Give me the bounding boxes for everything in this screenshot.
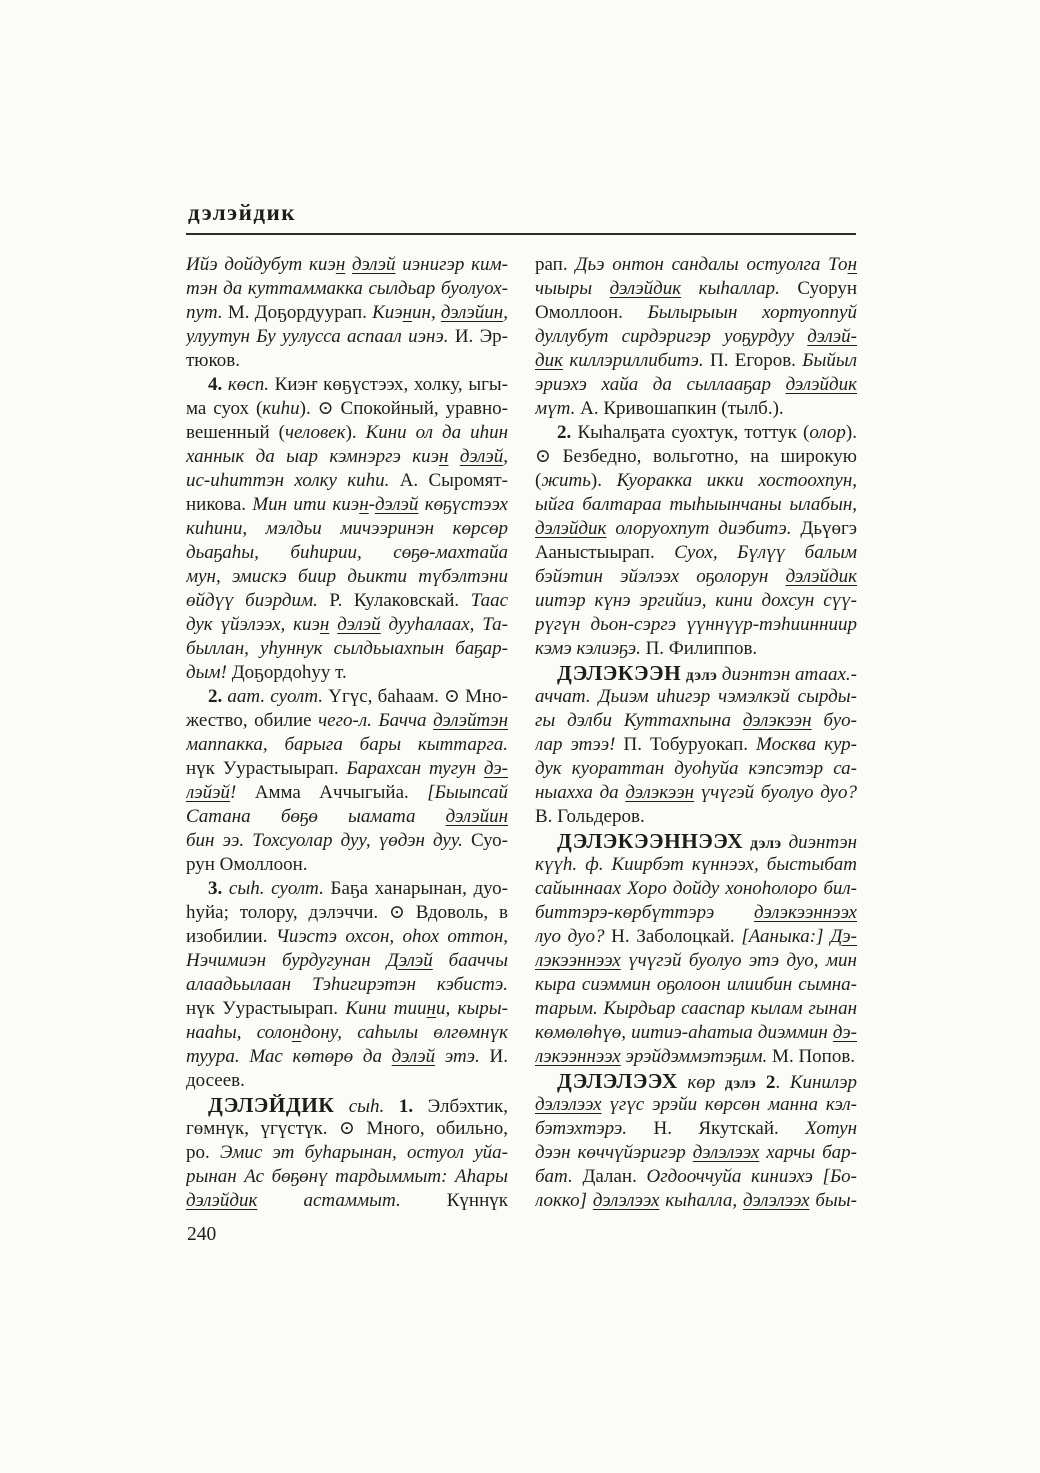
text-segment: ДЭЛЭКЭЭННЭЭХ	[557, 829, 743, 853]
text-segment: дэлэйин	[441, 302, 503, 323]
text-segment: дэлэкээннээх	[754, 902, 857, 923]
text-line: алаадьылаан Тэһигирэтэн кэбистэ. Күн-	[186, 973, 508, 997]
text-line: һуйа; толору, дэлэччи. ⊙ Вдоволь, в	[186, 901, 508, 925]
text-segment: дэлэй-	[807, 326, 857, 347]
text-segment: эрэйдэммэтэҕим.	[621, 1046, 768, 1067]
text-segment: ⊙ Безбедно, вольготно, на широкую ногу	[535, 446, 857, 469]
text-segment: чего-л.	[318, 710, 372, 731]
text-segment: Ийэ дойдубут киэ	[186, 254, 336, 275]
text-line: никова. Мин ити киэн-дэлэй көҕүстээх	[186, 493, 508, 517]
text-segment: бин ээ. Тохсуолар дуу, үөдэн дуу.	[186, 830, 463, 851]
text-segment: нүк Уурастыырап.	[186, 758, 347, 779]
page-number: 240	[187, 1224, 216, 1246]
text-segment: Дэ-	[830, 926, 857, 947]
text-segment	[756, 1072, 766, 1093]
text-segment: дэлэйдик	[186, 1190, 257, 1211]
text-segment: Дьэ онтон сандалы остуолга То	[575, 254, 847, 275]
text-segment: мүт.	[535, 398, 575, 419]
text-segment: Киэ	[372, 302, 403, 323]
text-segment: Ааныстыырап.	[535, 542, 674, 563]
running-head: дэлэйдик	[188, 200, 296, 226]
text-segment: Н. Заболоцкай.	[604, 926, 741, 947]
text-line: 3. сыһ. суолт. Баҕа ханарынан, дуо-	[186, 877, 508, 901]
left-column: Ийэ дойдубут киэн дэлэй иэнигэр ким-тэн …	[186, 253, 508, 1213]
text-line: күүһ. ф. Киирбэт күннээх, быстыбат	[535, 853, 857, 877]
text-segment: дэлэйдик	[786, 374, 857, 395]
text-segment: көсп.	[228, 374, 269, 395]
text-line: жество, обилие чего-л. Бачча дэлэйтэн	[186, 709, 508, 733]
text-segment: рүгүн дьон-сэргэ үүннүүр-тэһиинниир	[535, 614, 857, 635]
text-line: Сатана бөҕө ыамата дэлэйин бэккиһии-	[186, 805, 508, 829]
text-segment: гөмнүк, үгүстүк. ⊙ Много, обильно, щед-	[186, 1118, 508, 1141]
text-line: нааһы, солондону, саһылы өлгөмнүк бул-	[186, 1021, 508, 1045]
text-segment: иитэр күнэ эргийиэ, кини дохсун сүү-	[535, 590, 857, 611]
text-line: ис-иһиттэн холку киһи. А. Сыромят-	[186, 469, 508, 493]
text-segment: ,	[503, 446, 508, 467]
text-segment: көр	[687, 1072, 715, 1093]
text-segment: ).	[346, 422, 366, 443]
text-segment: быы-	[810, 1190, 858, 1211]
text-line: Нэчимиэн бурдугунан Дэлэй бааччы	[186, 949, 508, 973]
text-segment: .	[775, 1072, 789, 1093]
text-segment: рап.	[535, 254, 575, 275]
text-segment: тэн да куттаммакка сылдьар буолуох-	[186, 278, 508, 299]
text-segment: аат. суолт.	[227, 686, 323, 707]
text-segment: П. Филиппов.	[641, 638, 757, 659]
text-line: ханнык да ыар кэмнэргэ киэн дэлэй,	[186, 445, 508, 469]
text-line: ДЭЛЭКЭЭН дэлэ диэнтэн атаах.-	[535, 661, 857, 685]
text-segment: дэлэйдик	[786, 566, 857, 587]
text-segment: ).	[846, 422, 857, 443]
text-segment: 2.	[208, 686, 222, 707]
text-segment: киһи	[262, 398, 299, 419]
text-segment: и, кыры-	[436, 998, 508, 1019]
text-segment: Бачча	[378, 710, 433, 731]
text-segment: лэкээннээх	[535, 950, 621, 971]
text-segment: быллан, уһуннук сылдьыахпын баҕар-	[186, 638, 508, 659]
text-segment: локко]	[535, 1190, 593, 1211]
text-segment: дэлэлээх	[593, 1190, 660, 1211]
text-segment: [Ааныка:]	[741, 926, 830, 947]
text-segment: дук үйэлээх, киэ	[186, 614, 320, 635]
text-segment	[448, 446, 459, 467]
text-segment: Куоракка икки хостоохпун,	[617, 470, 857, 491]
text-segment: тарым. Кырдьар сааспар кылам гынан	[535, 998, 857, 1019]
text-segment: кыра сиэммин оҕолоон илиибин сымна-	[535, 974, 857, 995]
text-segment: И. Эр-	[449, 326, 509, 347]
text-segment: Быйыл	[802, 350, 857, 371]
text-segment: дэлэ	[725, 1075, 756, 1092]
text-segment: диэнтэн	[789, 832, 857, 853]
text-segment: көҕүстээх	[418, 494, 508, 515]
text-line: сайыннаах Хоро дойду хоноһолоро бил-	[535, 877, 857, 901]
text-segment: алаадьылаан Тэһигирэтэн кэбистэ.	[186, 974, 508, 995]
text-segment: дэлэйдик	[535, 518, 606, 539]
text-segment: Кыһалҕата суохтук, тоттук (	[571, 422, 809, 443]
text-line: локко] дэлэлээх кыһалла, дэлэлээх быы-	[535, 1189, 857, 1213]
text-segment: нааһы, соло	[186, 1022, 292, 1043]
text-segment: н	[427, 998, 436, 1019]
text-line: дэлэлээх үгүс эрэйи көрсөн манна кэл-	[535, 1093, 857, 1117]
text-segment: гы дэлби Куттахпына	[535, 710, 743, 731]
text-segment: П. Тобуруокап.	[616, 734, 757, 755]
text-segment: 3.	[208, 878, 222, 899]
text-line: Омоллоон. Былырыын хортуоппуй олор-	[535, 301, 857, 325]
text-line: бат. Далан. Огдооччуйа киниэхэ [Бо-	[535, 1165, 857, 1189]
text-line: лэкээннээх үчүгэй буолуо этэ дуо, мин	[535, 949, 857, 973]
text-segment: ыйга балтараа тыһыынчаны ылабын,	[535, 494, 857, 515]
text-line: бин ээ. Тохсуолар дуу, үөдэн дуу. Суо-	[186, 829, 508, 853]
text-segment: туура. Мас көтөрө да	[186, 1046, 392, 1067]
text-segment: ДЭЛЭЙДИК	[208, 1093, 334, 1117]
text-segment: дук куораттан дуоһуйа кэпсэтэр са-	[535, 758, 857, 779]
text-line: луо дуо? Н. Заболоцкай. [Ааныка:] Дэ-	[535, 925, 857, 949]
text-line: нүк Уурастыырап. Кини тиини, кыры-	[186, 997, 508, 1021]
text-segment: дэлэ	[750, 835, 781, 852]
text-segment: пут.	[186, 302, 223, 323]
text-segment: һуйа; толору, дэлэччи. ⊙ Вдоволь, в	[186, 902, 508, 923]
text-line: дэлэйдик олоруохпут диэбитэ. Дьүөгэ	[535, 517, 857, 541]
text-line: ма суох (киһи). ⊙ Спокойный, уравно-	[186, 397, 508, 421]
text-segment: дэлэкээн	[625, 782, 694, 803]
text-segment: н	[359, 494, 368, 515]
text-segment: человек	[285, 422, 346, 443]
text-segment: А. Кривошапкин (тылб.).	[575, 398, 783, 419]
text-segment: н	[320, 614, 329, 635]
text-line: ДЭЛЭКЭЭННЭЭХ дэлэ диэнтэн	[535, 829, 857, 853]
text-segment	[781, 832, 788, 853]
text-segment: 4.	[208, 374, 222, 395]
text-segment: Дьүөгэ	[791, 518, 857, 539]
text-line: ДЭЛЭЛЭЭХ көр дэлэ 2. Кинилэр	[535, 1069, 857, 1093]
text-segment: дууһалаах, Та-	[381, 614, 508, 635]
text-line: Ааныстыырап. Суох, Бүлүү балым баайа	[535, 541, 857, 565]
text-line: улуутун Бу уулусса аспаал иэнэ. И. Эр-	[186, 325, 508, 349]
text-line: бэтэхтэрэ. Н. Якутскай. Хотун күүлэй-	[535, 1117, 857, 1141]
text-segment: көмөлөһүө, иитиэ-аһатыа диэммин	[535, 1022, 833, 1043]
text-segment: вешенный (	[186, 422, 285, 443]
text-segment: лар этээ!	[535, 734, 616, 755]
text-line: пут. М. Доҕордуурап. Киэнин, дэлэйин,	[186, 301, 508, 325]
text-line: рун Омоллоон.	[186, 853, 508, 877]
text-segment: дэлэлээх	[743, 1190, 810, 1211]
text-segment	[334, 1096, 349, 1117]
text-line: 4. көсп. Киэҥ көҕүстээх, холку, ыгы-	[186, 373, 508, 397]
text-segment: Далан.	[573, 1166, 647, 1187]
text-segment: мун, эмискэ биир дьикти түбэлтэни	[186, 566, 508, 587]
text-segment: Дэлэй	[387, 950, 433, 971]
text-line: маппакка, барыга бары кыттарга. Күн-	[186, 733, 508, 757]
text-segment: н	[336, 254, 345, 275]
text-segment	[384, 1096, 399, 1117]
text-segment: харчы бар-	[759, 1142, 857, 1163]
text-segment: киһини, мэлдьи мичээринэн көрсөр кыр-	[186, 518, 508, 541]
text-line: дик киллэриллибитэ. П. Егоров. Быйыл	[535, 349, 857, 373]
text-segment: ин,	[412, 302, 441, 323]
text-line: лэйэй! Амма Аччыгыйа. [Быыпсай ойоҕо:]	[186, 781, 508, 805]
text-line: аччат. Дьиэм иһигэр чэмэлкэй сырды-	[535, 685, 857, 709]
text-segment: дэлэй	[375, 494, 418, 515]
text-segment: н	[403, 302, 412, 323]
text-line: изобилии. Чиэстэ охсон, оһох оттон,	[186, 925, 508, 949]
text-line: дуллубут сирдэригэр уоҕурдуу дэлэй-	[535, 325, 857, 349]
text-segment: 2	[766, 1072, 776, 1093]
text-segment: луо дуо?	[535, 926, 604, 947]
text-line: ыйга балтараа тыһыынчаны ылабын,	[535, 493, 857, 517]
text-segment	[222, 878, 229, 899]
text-segment: бэйэтин эйэлээх оҕолорун	[535, 566, 786, 587]
text-segment: кыһалла,	[659, 1190, 743, 1211]
text-segment: бэтэхтэрэ.	[535, 1118, 627, 1139]
text-segment: Киэҥ көҕүстээх, холку, ыгы-	[269, 374, 508, 395]
text-line: дым! Доҕордоһуу т.	[186, 661, 508, 685]
text-segment: үгүс эрэйи көрсөн манна кэл-	[602, 1094, 857, 1115]
text-line: дээн көччүйэригэр дэлэлээх харчы бар-	[535, 1141, 857, 1165]
text-segment: маппакка, барыга бары кыттарга.	[186, 734, 508, 755]
text-segment: дэлэй	[460, 446, 503, 467]
text-line: ⊙ Безбедно, вольготно, на широкую ногу	[535, 445, 857, 469]
text-segment: рун Омоллоон.	[186, 854, 308, 875]
text-segment: үчүгэй буолуо дуо?	[694, 782, 857, 803]
text-segment: Кини тии	[345, 998, 426, 1019]
text-segment: дэ-	[833, 1022, 857, 1043]
text-columns: Ийэ дойдубут киэн дэлэй иэнигэр ким-тэн …	[186, 253, 857, 1213]
text-line: кэмэ кэлиэҕэ. П. Филиппов.	[535, 637, 857, 661]
text-line: эриэхэ хайа да сыллааҕар дэлэйдик үүм-	[535, 373, 857, 397]
text-line: тэн да куттаммакка сылдьар буолуох-	[186, 277, 508, 301]
text-segment: чыыры	[535, 278, 610, 299]
text-segment	[715, 1072, 725, 1093]
right-column: рап. Дьэ онтон сандалы остуолга Тончыыры…	[535, 253, 857, 1213]
text-segment: кэмэ кэлиэҕэ.	[535, 638, 641, 659]
text-line: Ийэ дойдубут киэн дэлэй иэнигэр ким-	[186, 253, 508, 277]
text-segment: ).	[591, 470, 617, 491]
text-segment: олоруохпут диэбитэ.	[606, 518, 791, 539]
text-segment: дэлэй	[352, 254, 395, 275]
text-segment: биттэрэ-көрбүттэрэ	[535, 902, 754, 923]
text-line: чыыры дэлэйдик кыһаллар. Суорун	[535, 277, 857, 301]
text-segment: Үгүс, баһаам. ⊙ Мно-	[323, 686, 508, 707]
text-line: дук куораттан дуоһуйа кэпсэтэр са-	[535, 757, 857, 781]
text-line: туура. Мас көтөрө да дэлэй этэ. И. Фе-	[186, 1045, 508, 1069]
text-line: мүт. А. Кривошапкин (тылб.).	[535, 397, 857, 421]
text-line: мун, эмискэ биир дьикти түбэлтэни	[186, 565, 508, 589]
text-segment: тюков.	[186, 350, 240, 371]
text-segment: өйдүү биэрдим.	[186, 590, 318, 611]
text-segment: М. Доҕордуурап.	[223, 302, 372, 323]
text-segment: Огдооччуйа киниэхэ [Бо-	[647, 1166, 857, 1187]
text-segment: жество, обилие	[186, 710, 318, 731]
text-segment: дэлэйтэн	[433, 710, 508, 731]
text-segment: сайыннаах Хоро дойду хоноһолоро бил-	[535, 878, 857, 899]
text-line: дэлэйдик астаммыт. Күннүк Уурастыы-	[186, 1189, 508, 1213]
text-segment: дэлэкээн	[743, 710, 812, 731]
text-line: досеев.	[186, 1069, 508, 1093]
text-segment: досеев.	[186, 1070, 245, 1091]
text-line: гы дэлби Куттахпына дэлэкээн буо-	[535, 709, 857, 733]
text-segment: Суо-	[463, 830, 508, 851]
text-line: быллан, уһуннук сылдьыахпын баҕар-	[186, 637, 508, 661]
text-segment: дэ-	[484, 758, 508, 779]
text-line: ро. Эмис эт буһарынан, остуол уйа-	[186, 1141, 508, 1165]
text-line: тарым. Кырдьар сааспар кылам гынан	[535, 997, 857, 1021]
text-line: рап. Дьэ онтон сандалы остуолга Тон	[535, 253, 857, 277]
text-line: (жить). Куоракка икки хостоохпун,	[535, 469, 857, 493]
text-segment: эриэхэ хайа да сыллааҕар	[535, 374, 786, 395]
text-segment	[678, 1072, 688, 1093]
text-segment: П. Егоров.	[704, 350, 803, 371]
text-segment: ныахха да	[535, 782, 625, 803]
text-segment: буо-	[812, 710, 857, 731]
text-line: дук үйэлээх, киэн дэлэй дууһалаах, Та-	[186, 613, 508, 637]
text-line: биттэрэ-көрбүттэрэ дэлэкээннээх буо-	[535, 901, 857, 925]
text-segment: Амма Аччыгыйа.	[236, 782, 427, 803]
text-line: кыра сиэммин оҕолоон илиибин сымна-	[535, 973, 857, 997]
text-line: көмөлөһүө, иитиэ-аһатыа диэммин дэ-	[535, 1021, 857, 1045]
text-segment: Омоллоон.	[535, 302, 648, 323]
text-segment: 1.	[399, 1096, 413, 1117]
text-segment: н	[292, 1022, 301, 1043]
text-segment: ДЭЛЭЛЭЭХ	[557, 1069, 678, 1093]
text-line: лар этээ! П. Тобуруокап. Москва кур-	[535, 733, 857, 757]
text-segment: дым!	[186, 662, 227, 683]
text-segment: дэлэ	[686, 667, 717, 684]
text-segment: киллэриллибитэ.	[563, 350, 704, 371]
text-segment: 2.	[557, 422, 571, 443]
text-segment: дьаҕаһы, биһирии, сөҕө-махтайа олором-	[186, 542, 508, 565]
text-line: бэйэтин эйэлээх оҕолорун дэлэйдик	[535, 565, 857, 589]
text-segment: дэлэйин	[446, 806, 508, 827]
text-segment: сыһ.	[349, 1096, 385, 1117]
text-segment: Баҕа ханарынан, дуо-	[324, 878, 508, 899]
text-segment: лэкээннээх	[535, 1046, 621, 1067]
text-line: рынан Ас бөҕөнү тардыммыт: Аһары	[186, 1165, 508, 1189]
text-segment: Нэчимиэн бурдугунан	[186, 950, 387, 971]
header-rule	[186, 233, 856, 235]
text-segment: ма суох (	[186, 398, 262, 419]
text-line: ныахха да дэлэкээн үчүгэй буолуо дуо?	[535, 781, 857, 805]
text-segment: лэйэй	[186, 782, 230, 803]
text-segment: үчүгэй буолуо этэ дуо, мин	[621, 950, 857, 971]
text-line: тюков.	[186, 349, 508, 373]
text-segment: М. Попов.	[767, 1046, 855, 1067]
text-line: ДЭЛЭЙДИК сыһ. 1. Элбэхтик, өл-	[186, 1093, 508, 1117]
text-line: В. Гольдеров.	[535, 805, 857, 829]
text-segment: дэлэй	[337, 614, 380, 635]
text-segment: астаммыт.	[257, 1190, 400, 1211]
text-segment: никова.	[186, 494, 252, 515]
text-segment: В. Гольдеров.	[535, 806, 645, 827]
text-segment: Суорун	[780, 278, 857, 299]
text-segment: нүк Уурастыырап.	[186, 998, 345, 1019]
text-line: вешенный (человек). Кини ол да иһин	[186, 421, 508, 445]
text-segment: Мин ити киэ	[252, 494, 359, 515]
text-segment: дуллубут сирдэригэр уоҕурдуу	[535, 326, 807, 347]
text-segment: иэнигэр ким-	[395, 254, 508, 275]
text-segment: олор	[809, 422, 846, 443]
text-segment: изобилии.	[186, 926, 276, 947]
text-line: 2. Кыһалҕата суохтук, тоттук (олор).	[535, 421, 857, 445]
text-line: гөмнүк, үгүстүк. ⊙ Много, обильно, щед-	[186, 1117, 508, 1141]
text-segment: ДЭЛЭКЭЭН	[557, 661, 681, 685]
text-segment: кыһаллар.	[681, 278, 780, 299]
text-segment: бат.	[535, 1166, 573, 1187]
text-segment: Р. Кулаковскай.	[318, 590, 471, 611]
text-segment: дэлэлээх	[693, 1142, 760, 1163]
text-line: иитэр күнэ эргийиэ, кини дохсун сүү-	[535, 589, 857, 613]
text-segment: Сатана бөҕө ыамата	[186, 806, 446, 827]
text-segment: улуутун Бу уулусса аспаал иэнэ.	[186, 326, 449, 347]
text-line: лэкээннээх эрэйдэммэтэҕим. М. Попов.	[535, 1045, 857, 1069]
text-segment: н	[848, 254, 857, 275]
text-line: дьаҕаһы, биһирии, сөҕө-махтайа олором-	[186, 541, 508, 565]
text-segment: Чиэстэ охсон, оһох оттон,	[276, 926, 508, 947]
text-segment: Н. Якутскай.	[627, 1118, 805, 1139]
text-line: киһини, мэлдьи мичээринэн көрсөр кыр-	[186, 517, 508, 541]
text-segment: ханнык да ыар кэмнэргэ киэ	[186, 446, 439, 467]
text-line: рүгүн дьон-сэргэ үүннүүр-тэһиинниир	[535, 613, 857, 637]
text-segment: ). ⊙ Спокойный, уравно-	[300, 398, 508, 419]
text-segment: дээн көччүйэригэр	[535, 1142, 693, 1163]
text-segment: ис-иһиттэн холку киһи.	[186, 470, 389, 491]
text-line: өйдүү биэрдим. Р. Кулаковскай. Таас кур-	[186, 589, 508, 613]
text-segment: ро.	[186, 1142, 220, 1163]
text-segment: рынан Ас бөҕөнү тардыммыт: Аһары	[186, 1166, 508, 1187]
text-segment: этэ.	[435, 1046, 480, 1067]
text-segment: дик	[535, 350, 563, 371]
text-segment: Эмис эт буһарынан, остуол уйа-	[220, 1142, 508, 1163]
text-segment: жить	[541, 470, 591, 491]
text-line: 2. аат. суолт. Үгүс, баһаам. ⊙ Мно-	[186, 685, 508, 709]
text-segment: ,	[503, 302, 508, 323]
text-segment: сыһ. суолт.	[229, 878, 324, 899]
text-segment: дэлэй	[392, 1046, 435, 1067]
text-segment: Кинилэр	[790, 1072, 857, 1093]
text-segment: бааччы	[433, 950, 508, 971]
text-segment: аччат. Дьиэм иһигэр чэмэлкэй сырды-	[535, 686, 857, 707]
text-segment: Москва кур-	[756, 734, 857, 755]
text-segment: дэлэйдик	[610, 278, 681, 299]
text-segment: күүһ. ф. Киирбэт күннээх, быстыбат	[535, 854, 857, 875]
text-segment: диэнтэн атаах.-	[722, 664, 857, 685]
text-segment: А. Сыромят-	[389, 470, 508, 491]
text-segment: дэлэлээх	[535, 1094, 602, 1115]
text-segment: Барахсан тугун	[347, 758, 484, 779]
text-segment: Доҕордоһуу т.	[227, 662, 347, 683]
text-line: нүк Уурастыырап. Барахсан тугун дэ-	[186, 757, 508, 781]
text-segment: Кини ол да иһин	[366, 422, 508, 443]
